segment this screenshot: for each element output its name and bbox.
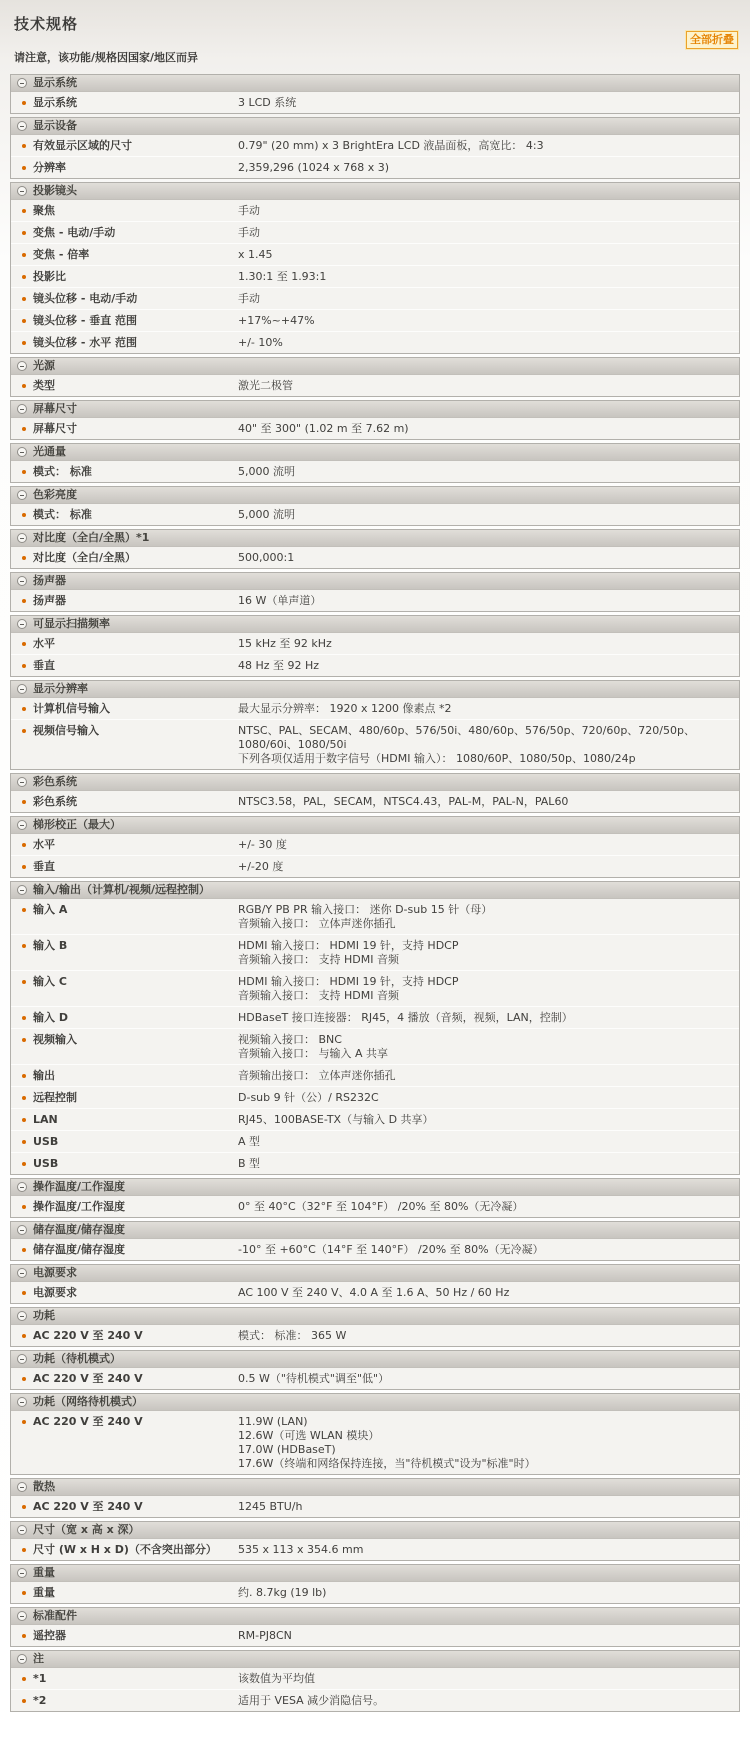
row-value: HDMI 输入接口： HDMI 19 针，支持 HDCP音频输入接口： 支持 H… [238, 939, 467, 967]
spec-row: 遥控器 RM-PJ8CN [11, 1625, 739, 1646]
row-value-line: 音频输出接口： 立体声迷你插孔 [238, 1069, 396, 1083]
row-value-line: AC 100 V 至 240 V、4.0 A 至 1.6 A、50 Hz / 6… [238, 1286, 509, 1300]
spec-row: 变焦 - 电动/手动 手动 [11, 221, 739, 243]
section-title: 显示系统 [33, 77, 77, 89]
minus-circle-icon [17, 619, 27, 629]
section-header[interactable]: 输入/输出（计算机/视频/远程控制） [11, 882, 739, 899]
collapse-all-button[interactable]: 全部折叠 [686, 31, 738, 49]
spec-row: AC 220 V 至 240 V 1245 BTU/h [11, 1496, 739, 1517]
section-rows: 类型 激光二极管 [11, 375, 739, 396]
orange-bullet-icon [22, 101, 26, 105]
section-rows: 屏幕尺寸 40" 至 300" (1.02 m 至 7.62 m) [11, 418, 739, 439]
row-value-line: 12.6W（可选 WLAN 模块） [238, 1429, 536, 1443]
section-title: 电源要求 [33, 1267, 77, 1279]
orange-bullet-icon [22, 1248, 26, 1252]
section-header[interactable]: 功耗（网络待机模式） [11, 1394, 739, 1411]
row-label: 水平 [33, 637, 238, 651]
section-header[interactable]: 显示系统 [11, 75, 739, 92]
row-value: 音频输出接口： 立体声迷你插孔 [238, 1069, 404, 1083]
spec-row: 聚焦 手动 [11, 200, 739, 221]
spec-row: 视频输入 视频输入接口： BNC音频输入接口： 与输入 A 共享 [11, 1028, 739, 1064]
spec-row: AC 220 V 至 240 V 0.5 W（"待机模式"调至"低"） [11, 1368, 739, 1389]
row-value-line: x 1.45 [238, 248, 273, 262]
section-title: 光通量 [33, 446, 66, 458]
spec-section: 电源要求 电源要求 AC 100 V 至 240 V、4.0 A 至 1.6 A… [10, 1264, 740, 1304]
section-rows: AC 220 V 至 240 V 1245 BTU/h [11, 1496, 739, 1517]
section-title: 显示设备 [33, 120, 77, 132]
row-label: 显示系统 [33, 96, 238, 110]
spec-row: 垂直 48 Hz 至 92 Hz [11, 654, 739, 676]
section-title: 可显示扫描频率 [33, 618, 110, 630]
row-value-line: RM-PJ8CN [238, 1629, 292, 1643]
orange-bullet-icon [22, 1118, 26, 1122]
minus-circle-icon [17, 447, 27, 457]
section-rows: 水平 15 kHz 至 92 kHz 垂直 48 Hz 至 92 Hz [11, 633, 739, 676]
row-value-line: HDMI 输入接口： HDMI 19 针，支持 HDCP [238, 975, 459, 989]
spec-row: 重量 约. 8.7kg (19 lb) [11, 1582, 739, 1603]
section-rows: 尺寸 (W x H x D)（不含突出部分） 535 x 113 x 354.6… [11, 1539, 739, 1560]
orange-bullet-icon [22, 707, 26, 711]
row-label: AC 220 V 至 240 V [33, 1329, 238, 1343]
row-value-line: 音频输入接口： 与输入 A 共享 [238, 1047, 388, 1061]
row-value: HDMI 输入接口： HDMI 19 针，支持 HDCP音频输入接口： 支持 H… [238, 975, 467, 1003]
row-value-line: 手动 [238, 204, 260, 218]
section-title: 操作温度/工作湿度 [33, 1181, 125, 1193]
orange-bullet-icon [22, 1634, 26, 1638]
row-value-line: 下列各项仅适用于数字信号（HDMI 输入）： 1080/60P、1080/50p… [238, 752, 731, 766]
section-rows: AC 220 V 至 240 V 模式： 标准： 365 W [11, 1325, 739, 1346]
row-label: 镜头位移 - 电动/手动 [33, 292, 238, 306]
minus-circle-icon [17, 186, 27, 196]
row-value-line: +/- 10% [238, 336, 283, 350]
orange-bullet-icon [22, 1038, 26, 1042]
orange-bullet-icon [22, 209, 26, 213]
spec-section: 重量 重量 约. 8.7kg (19 lb) [10, 1564, 740, 1604]
row-value: HDBaseT 接口连接器： RJ45，4 播放（音频，视频，LAN，控制） [238, 1011, 581, 1025]
row-value-line: 5,000 流明 [238, 465, 295, 479]
section-title: 散热 [33, 1481, 55, 1493]
row-value: 1.30:1 至 1.93:1 [238, 270, 334, 284]
row-value: 11.9W (LAN)12.6W（可选 WLAN 模块）17.0W (HDBas… [238, 1415, 544, 1471]
section-title: 重量 [33, 1567, 55, 1579]
row-value-line: -10° 至 +60°C（14°F 至 140°F） /20% 至 80%（无冷… [238, 1243, 544, 1257]
row-value-line: 适用于 VESA 减少消隐信号。 [238, 1694, 384, 1708]
minus-circle-icon [17, 1525, 27, 1535]
orange-bullet-icon [22, 297, 26, 301]
minus-circle-icon [17, 404, 27, 414]
section-title: 光源 [33, 360, 55, 372]
row-value-line: D-sub 9 针（公）/ RS232C [238, 1091, 379, 1105]
section-title: 储存温度/储存湿度 [33, 1224, 125, 1236]
spec-row: 投影比 1.30:1 至 1.93:1 [11, 265, 739, 287]
row-label: 投影比 [33, 270, 238, 284]
section-header[interactable]: 显示分辨率 [11, 681, 739, 698]
section-header[interactable]: 可显示扫描频率 [11, 616, 739, 633]
row-label: 有效显示区域的尺寸 [33, 139, 238, 153]
orange-bullet-icon [22, 341, 26, 345]
row-label: 变焦 - 倍率 [33, 248, 238, 262]
section-rows: 扬声器 16 W（单声道） [11, 590, 739, 611]
section-rows: 操作温度/工作湿度 0° 至 40°C（32°F 至 104°F） /20% 至… [11, 1196, 739, 1217]
spec-row: 输入 C HDMI 输入接口： HDMI 19 针，支持 HDCP音频输入接口：… [11, 970, 739, 1006]
section-header[interactable]: 电源要求 [11, 1265, 739, 1282]
row-label: 输入 C [33, 975, 238, 989]
spec-row: 输入 A RGB/Y PB PR 输入接口： 迷你 D-sub 15 针（母）音… [11, 899, 739, 934]
minus-circle-icon [17, 1568, 27, 1578]
section-title: 功耗 [33, 1310, 55, 1322]
section-header[interactable]: 重量 [11, 1565, 739, 1582]
row-label: 彩色系统 [33, 795, 238, 809]
row-label: AC 220 V 至 240 V [33, 1500, 238, 1514]
section-header[interactable]: 操作温度/工作湿度 [11, 1179, 739, 1196]
row-value-line: 15 kHz 至 92 kHz [238, 637, 332, 651]
minus-circle-icon [17, 490, 27, 500]
minus-circle-icon [17, 1268, 27, 1278]
spec-section: 光源 类型 激光二极管 [10, 357, 740, 397]
section-title: 注 [33, 1653, 44, 1665]
section-title: 屏幕尺寸 [33, 403, 77, 415]
spec-row: 远程控制 D-sub 9 针（公）/ RS232C [11, 1086, 739, 1108]
row-value: 3 LCD 系统 [238, 96, 304, 110]
section-title: 投影镜头 [33, 185, 77, 197]
row-value-line: 17.0W (HDBaseT) [238, 1443, 536, 1457]
row-value: 1245 BTU/h [238, 1500, 311, 1514]
row-value: 16 W（单声道） [238, 594, 329, 608]
row-value-line: A 型 [238, 1135, 260, 1149]
row-label: 输入 D [33, 1011, 238, 1025]
orange-bullet-icon [22, 1140, 26, 1144]
orange-bullet-icon [22, 1162, 26, 1166]
row-value: +17%~+47% [238, 314, 323, 328]
minus-circle-icon [17, 576, 27, 586]
section-header[interactable]: 梯形校正（最大） [11, 817, 739, 834]
row-value-line: 手动 [238, 292, 260, 306]
spec-section: 储存温度/储存湿度 储存温度/储存湿度 -10° 至 +60°C（14°F 至 … [10, 1221, 740, 1261]
row-value: +/-20 度 [238, 860, 291, 874]
spec-page: 技术规格 请注意，该功能/规格因国家/地区而异 全部折叠 显示系统 显示系统 3… [0, 0, 750, 1739]
row-value: +/- 30 度 [238, 838, 295, 852]
row-value: NTSC3.58，PAL，SECAM，NTSC4.43，PAL-M，PAL-N，… [238, 795, 576, 809]
spec-section: 扬声器 扬声器 16 W（单声道） [10, 572, 740, 612]
section-rows: AC 220 V 至 240 V 11.9W (LAN)12.6W（可选 WLA… [11, 1411, 739, 1474]
section-rows: 重量 约. 8.7kg (19 lb) [11, 1582, 739, 1603]
row-value-line: NTSC、PAL、SECAM、480/60p、576/50i、480/60p、5… [238, 724, 731, 752]
section-header[interactable]: 光通量 [11, 444, 739, 461]
spec-row: 储存温度/储存湿度 -10° 至 +60°C（14°F 至 140°F） /20… [11, 1239, 739, 1260]
row-value: 0.79" (20 mm) x 3 BrightEra LCD 液晶面板，高宽比… [238, 139, 552, 153]
section-header[interactable]: 色彩亮度 [11, 487, 739, 504]
row-label: 镜头位移 - 垂直 范围 [33, 314, 238, 328]
orange-bullet-icon [22, 1016, 26, 1020]
orange-bullet-icon [22, 1096, 26, 1100]
row-label: 水平 [33, 838, 238, 852]
section-rows: AC 220 V 至 240 V 0.5 W（"待机模式"调至"低"） [11, 1368, 739, 1389]
minus-circle-icon [17, 121, 27, 131]
orange-bullet-icon [22, 800, 26, 804]
spec-section: 输入/输出（计算机/视频/远程控制） 输入 A RGB/Y PB PR 输入接口… [10, 881, 740, 1175]
orange-bullet-icon [22, 231, 26, 235]
section-header[interactable]: 储存温度/储存湿度 [11, 1222, 739, 1239]
row-label: 垂直 [33, 860, 238, 874]
row-value-line: NTSC3.58，PAL，SECAM，NTSC4.43，PAL-M，PAL-N，… [238, 795, 568, 809]
spec-section: 显示设备 有效显示区域的尺寸 0.79" (20 mm) x 3 BrightE… [10, 117, 740, 179]
row-label: 尺寸 (W x H x D)（不含突出部分） [33, 1543, 238, 1557]
orange-bullet-icon [22, 144, 26, 148]
minus-circle-icon [17, 1397, 27, 1407]
row-label: 电源要求 [33, 1286, 238, 1300]
orange-bullet-icon [22, 427, 26, 431]
row-value-line: 5,000 流明 [238, 508, 295, 522]
row-value-line: 40" 至 300" (1.02 m 至 7.62 m) [238, 422, 409, 436]
section-header[interactable]: 屏幕尺寸 [11, 401, 739, 418]
row-value-line: 约. 8.7kg (19 lb) [238, 1586, 326, 1600]
minus-circle-icon [17, 1654, 27, 1664]
section-rows: 聚焦 手动 变焦 - 电动/手动 手动 变焦 - 倍率 x 1.45 投影比 1… [11, 200, 739, 353]
spec-section: 注 *1 该数值为平均值 *2 适用于 VESA 减少消隐信号。 [10, 1650, 740, 1712]
spec-section: 光通量 模式： 标准 5,000 流明 [10, 443, 740, 483]
orange-bullet-icon [22, 1205, 26, 1209]
row-label: 储存温度/储存湿度 [33, 1243, 238, 1257]
section-title: 扬声器 [33, 575, 66, 587]
section-rows: 输入 A RGB/Y PB PR 输入接口： 迷你 D-sub 15 针（母）音… [11, 899, 739, 1174]
orange-bullet-icon [22, 470, 26, 474]
row-label: 操作温度/工作湿度 [33, 1200, 238, 1214]
orange-bullet-icon [22, 729, 26, 733]
row-value: 手动 [238, 204, 268, 218]
row-label: 垂直 [33, 659, 238, 673]
section-rows: 模式： 标准 5,000 流明 [11, 504, 739, 525]
row-value: 该数值为平均值 [238, 1672, 323, 1686]
row-label: 类型 [33, 379, 238, 393]
section-header[interactable]: 显示设备 [11, 118, 739, 135]
row-label: 模式： 标准 [33, 508, 238, 522]
minus-circle-icon [17, 1182, 27, 1192]
orange-bullet-icon [22, 253, 26, 257]
row-value: 5,000 流明 [238, 508, 303, 522]
row-value: 手动 [238, 292, 268, 306]
section-title: 显示分辨率 [33, 683, 88, 695]
section-header[interactable]: 光源 [11, 358, 739, 375]
row-value-line: 模式： 标准： 365 W [238, 1329, 346, 1343]
orange-bullet-icon [22, 1505, 26, 1509]
row-label: 模式： 标准 [33, 465, 238, 479]
spec-row: 镜头位移 - 垂直 范围 +17%~+47% [11, 309, 739, 331]
row-value-line: RJ45、100BASE-TX（与输入 D 共享） [238, 1113, 434, 1127]
section-rows: 显示系统 3 LCD 系统 [11, 92, 739, 113]
minus-circle-icon [17, 684, 27, 694]
spec-row: LAN RJ45、100BASE-TX（与输入 D 共享） [11, 1108, 739, 1130]
row-value-line: 500,000:1 [238, 551, 294, 565]
row-value-line: 48 Hz 至 92 Hz [238, 659, 319, 673]
spec-row: 操作温度/工作湿度 0° 至 40°C（32°F 至 104°F） /20% 至… [11, 1196, 739, 1217]
section-rows: 遥控器 RM-PJ8CN [11, 1625, 739, 1646]
section-title: 尺寸（宽 x 高 x 深） [33, 1524, 140, 1536]
spec-row: USB B 型 [11, 1152, 739, 1174]
spec-section: 屏幕尺寸 屏幕尺寸 40" 至 300" (1.02 m 至 7.62 m) [10, 400, 740, 440]
row-label: USB [33, 1157, 238, 1171]
section-rows: 电源要求 AC 100 V 至 240 V、4.0 A 至 1.6 A、50 H… [11, 1282, 739, 1303]
row-value-line: HDBaseT 接口连接器： RJ45，4 播放（音频，视频，LAN，控制） [238, 1011, 573, 1025]
section-title: 标准配件 [33, 1610, 77, 1622]
spec-section: 功耗 AC 220 V 至 240 V 模式： 标准： 365 W [10, 1307, 740, 1347]
section-header[interactable]: 投影镜头 [11, 183, 739, 200]
row-label: *1 [33, 1672, 238, 1686]
section-title: 色彩亮度 [33, 489, 77, 501]
row-value: +/- 10% [238, 336, 291, 350]
minus-circle-icon [17, 1354, 27, 1364]
row-value: D-sub 9 针（公）/ RS232C [238, 1091, 387, 1105]
minus-circle-icon [17, 1311, 27, 1321]
row-value-line: HDMI 输入接口： HDMI 19 针，支持 HDCP [238, 939, 459, 953]
section-rows: *1 该数值为平均值 *2 适用于 VESA 减少消隐信号。 [11, 1668, 739, 1711]
orange-bullet-icon [22, 384, 26, 388]
minus-circle-icon [17, 1482, 27, 1492]
spec-section: 功耗（待机模式） AC 220 V 至 240 V 0.5 W（"待机模式"调至… [10, 1350, 740, 1390]
row-value: RGB/Y PB PR 输入接口： 迷你 D-sub 15 针（母）音频输入接口… [238, 903, 500, 931]
row-value-line: 最大显示分辨率： 1920 x 1200 像素点 *2 [238, 702, 451, 716]
row-value-line: 该数值为平均值 [238, 1672, 315, 1686]
spec-row: *2 适用于 VESA 减少消隐信号。 [11, 1689, 739, 1711]
row-value-line: +17%~+47% [238, 314, 315, 328]
spec-section: 操作温度/工作湿度 操作温度/工作湿度 0° 至 40°C（32°F 至 104… [10, 1178, 740, 1218]
row-value-line: 激光二极管 [238, 379, 293, 393]
spec-row: 显示系统 3 LCD 系统 [11, 92, 739, 113]
row-value-line: 0.5 W（"待机模式"调至"低"） [238, 1372, 389, 1386]
spec-row: 镜头位移 - 电动/手动 手动 [11, 287, 739, 309]
row-label: 视频输入 [33, 1033, 238, 1047]
row-value: 最大显示分辨率： 1920 x 1200 像素点 *2 [238, 702, 459, 716]
row-value-line: 音频输入接口： 立体声迷你插孔 [238, 917, 492, 931]
row-label: 输出 [33, 1069, 238, 1083]
row-label: *2 [33, 1694, 238, 1708]
region-note: 请注意，该功能/规格因国家/地区而异 [14, 49, 740, 65]
row-label: 屏幕尺寸 [33, 422, 238, 436]
row-value-line: RGB/Y PB PR 输入接口： 迷你 D-sub 15 针（母） [238, 903, 492, 917]
row-value: -10° 至 +60°C（14°F 至 140°F） /20% 至 80%（无冷… [238, 1243, 552, 1257]
spec-row: 水平 15 kHz 至 92 kHz [11, 633, 739, 654]
spec-section: 对比度（全白/全黑）*1 对比度（全白/全黑） 500,000:1 [10, 529, 740, 569]
section-header[interactable]: 对比度（全白/全黑）*1 [11, 530, 739, 547]
section-header[interactable]: 散热 [11, 1479, 739, 1496]
orange-bullet-icon [22, 556, 26, 560]
row-value: 2,359,296 (1024 x 768 x 3) [238, 161, 397, 175]
row-value-line: 0.79" (20 mm) x 3 BrightEra LCD 液晶面板，高宽比… [238, 139, 544, 153]
section-title: 功耗（网络待机模式） [33, 1396, 143, 1408]
row-label: AC 220 V 至 240 V [33, 1415, 238, 1429]
section-rows: 计算机信号输入 最大显示分辨率： 1920 x 1200 像素点 *2 视频信号… [11, 698, 739, 769]
row-value-line: +/- 30 度 [238, 838, 287, 852]
row-value: 模式： 标准： 365 W [238, 1329, 354, 1343]
row-label: 变焦 - 电动/手动 [33, 226, 238, 240]
orange-bullet-icon [22, 319, 26, 323]
spec-section: 标准配件 遥控器 RM-PJ8CN [10, 1607, 740, 1647]
spec-row: 水平 +/- 30 度 [11, 834, 739, 855]
row-value: 5,000 流明 [238, 465, 303, 479]
row-value-line: 音频输入接口： 支持 HDMI 音频 [238, 989, 459, 1003]
spec-row: 计算机信号输入 最大显示分辨率： 1920 x 1200 像素点 *2 [11, 698, 739, 719]
row-label: 分辨率 [33, 161, 238, 175]
spec-row: 视频信号输入 NTSC、PAL、SECAM、480/60p、576/50i、48… [11, 719, 739, 769]
row-label: 扬声器 [33, 594, 238, 608]
row-label: USB [33, 1135, 238, 1149]
minus-circle-icon [17, 820, 27, 830]
spec-row: 彩色系统 NTSC3.58，PAL，SECAM，NTSC4.43，PAL-M，P… [11, 791, 739, 812]
spec-row: 变焦 - 倍率 x 1.45 [11, 243, 739, 265]
section-rows: 水平 +/- 30 度 垂直 +/-20 度 [11, 834, 739, 877]
section-header[interactable]: 功耗（待机模式） [11, 1351, 739, 1368]
spec-section: 梯形校正（最大） 水平 +/- 30 度 垂直 +/-20 度 [10, 816, 740, 878]
row-value-line: 17.6W（终端和网络保持连接，当"待机模式"设为"标准"时） [238, 1457, 536, 1471]
section-header[interactable]: 标准配件 [11, 1608, 739, 1625]
spec-row: 输入 D HDBaseT 接口连接器： RJ45，4 播放（音频，视频，LAN，… [11, 1006, 739, 1028]
section-header[interactable]: 功耗 [11, 1308, 739, 1325]
orange-bullet-icon [22, 843, 26, 847]
row-value: 500,000:1 [238, 551, 302, 565]
spec-sections: 显示系统 显示系统 3 LCD 系统 显示设备 有效显示区域的尺寸 0.79" … [10, 74, 740, 1712]
minus-circle-icon [17, 1225, 27, 1235]
row-value: 激光二极管 [238, 379, 301, 393]
orange-bullet-icon [22, 1420, 26, 1424]
spec-row: 模式： 标准 5,000 流明 [11, 504, 739, 525]
spec-row: 镜头位移 - 水平 范围 +/- 10% [11, 331, 739, 353]
row-value: 适用于 VESA 减少消隐信号。 [238, 1694, 392, 1708]
minus-circle-icon [17, 885, 27, 895]
section-header[interactable]: 扬声器 [11, 573, 739, 590]
row-value: 约. 8.7kg (19 lb) [238, 1586, 334, 1600]
spec-row: 分辨率 2,359,296 (1024 x 768 x 3) [11, 156, 739, 178]
spec-row: 模式： 标准 5,000 流明 [11, 461, 739, 482]
orange-bullet-icon [22, 1548, 26, 1552]
minus-circle-icon [17, 777, 27, 787]
row-value-line: B 型 [238, 1157, 260, 1171]
section-title: 输入/输出（计算机/视频/远程控制） [33, 884, 210, 896]
row-value-line: 音频输入接口： 支持 HDMI 音频 [238, 953, 459, 967]
row-value: 0.5 W（"待机模式"调至"低"） [238, 1372, 397, 1386]
spec-row: 对比度（全白/全黑） 500,000:1 [11, 547, 739, 568]
row-value-line: 视频输入接口： BNC [238, 1033, 388, 1047]
orange-bullet-icon [22, 1074, 26, 1078]
orange-bullet-icon [22, 908, 26, 912]
row-value: 手动 [238, 226, 268, 240]
spec-row: 电源要求 AC 100 V 至 240 V、4.0 A 至 1.6 A、50 H… [11, 1282, 739, 1303]
row-value: AC 100 V 至 240 V、4.0 A 至 1.6 A、50 Hz / 6… [238, 1286, 517, 1300]
row-value: B 型 [238, 1157, 268, 1171]
row-value-line: 1.30:1 至 1.93:1 [238, 270, 326, 284]
row-label: 输入 A [33, 903, 238, 917]
spec-row: *1 该数值为平均值 [11, 1668, 739, 1689]
spec-row: 垂直 +/-20 度 [11, 855, 739, 877]
row-value: NTSC、PAL、SECAM、480/60p、576/50i、480/60p、5… [238, 724, 739, 766]
row-label: 重量 [33, 1586, 238, 1600]
section-header[interactable]: 彩色系统 [11, 774, 739, 791]
spec-section: 可显示扫描频率 水平 15 kHz 至 92 kHz 垂直 48 Hz 至 92… [10, 615, 740, 677]
row-label: 远程控制 [33, 1091, 238, 1105]
row-value-line: +/-20 度 [238, 860, 283, 874]
row-value: 视频输入接口： BNC音频输入接口： 与输入 A 共享 [238, 1033, 396, 1061]
minus-circle-icon [17, 533, 27, 543]
page-title: 技术规格 [14, 13, 740, 34]
spec-row: AC 220 V 至 240 V 模式： 标准： 365 W [11, 1325, 739, 1346]
spec-section: 尺寸（宽 x 高 x 深） 尺寸 (W x H x D)（不含突出部分） 535… [10, 1521, 740, 1561]
row-value: 15 kHz 至 92 kHz [238, 637, 340, 651]
section-header[interactable]: 注 [11, 1651, 739, 1668]
row-value: 48 Hz 至 92 Hz [238, 659, 327, 673]
section-title: 功耗（待机模式） [33, 1353, 121, 1365]
orange-bullet-icon [22, 980, 26, 984]
orange-bullet-icon [22, 944, 26, 948]
section-header[interactable]: 尺寸（宽 x 高 x 深） [11, 1522, 739, 1539]
spec-row: 尺寸 (W x H x D)（不含突出部分） 535 x 113 x 354.6… [11, 1539, 739, 1560]
